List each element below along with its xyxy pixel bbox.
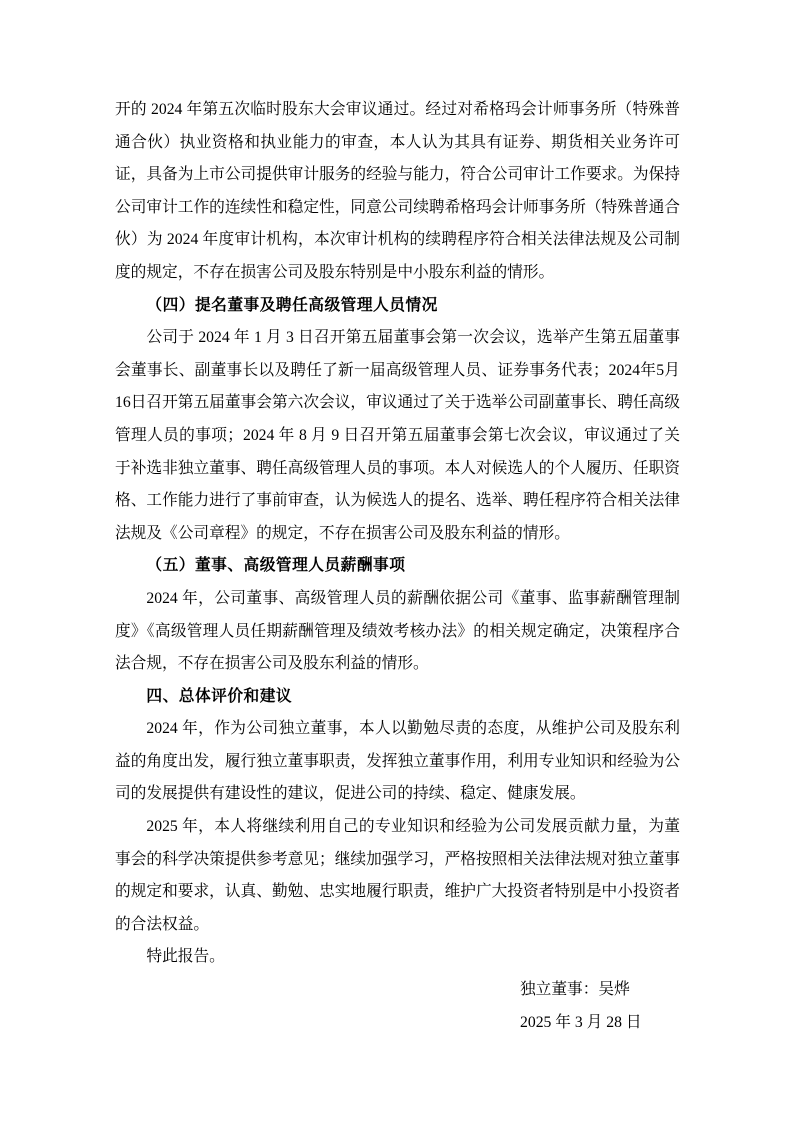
signature-date: 2025 年 3 月 28 日 bbox=[520, 1007, 680, 1040]
signature-signer: 独立董事：吴烨 bbox=[520, 974, 680, 1007]
paragraph-2024-evaluation: 2024 年，作为公司独立董事，本人以勤勉尽责的态度，从维护公司及股东利益的角度… bbox=[115, 713, 680, 811]
signature-block: 独立董事：吴烨 2025 年 3 月 28 日 bbox=[520, 974, 680, 1039]
paragraph-remuneration-details: 2024 年，公司董事、高级管理人员的薪酬依据公司《董事、监事薪酬管理制度》《高… bbox=[115, 583, 680, 681]
section-heading-remuneration: （五）董事、高级管理人员薪酬事项 bbox=[115, 550, 680, 583]
paragraph-nomination-details: 公司于 2024 年 1 月 3 日召开第五届董事会第一次会议，选举产生第五届董… bbox=[115, 322, 680, 550]
paragraph-audit-renewal-continuation: 开的 2024 年第五次临时股东大会审议通过。经过对希格玛会计师事务所（特殊普通… bbox=[115, 94, 680, 290]
document-page: 开的 2024 年第五次临时股东大会审议通过。经过对希格玛会计师事务所（特殊普通… bbox=[0, 0, 794, 1122]
paragraph-report-closing: 特此报告。 bbox=[115, 941, 680, 974]
paragraph-2025-outlook: 2025 年，本人将继续利用自己的专业知识和经验为公司发展贡献力量，为董事会的科… bbox=[115, 811, 680, 941]
section-heading-overall-evaluation: 四、总体评价和建议 bbox=[115, 681, 680, 714]
section-heading-nomination: （四）提名董事及聘任高级管理人员情况 bbox=[115, 290, 680, 323]
